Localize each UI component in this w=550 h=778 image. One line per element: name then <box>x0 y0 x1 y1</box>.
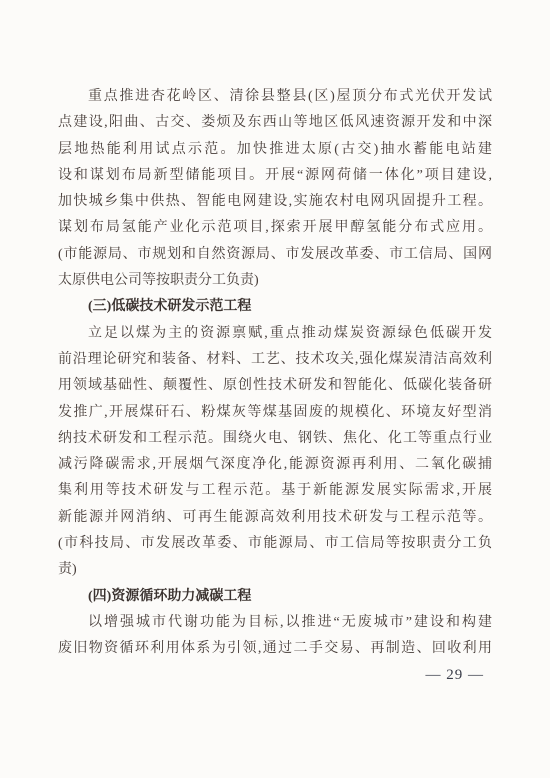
body-line: 设和谋划布局新型储能项目。开展“源网荷储一体化”项目建设, <box>58 163 492 189</box>
body-line: (市能源局、市规划和自然资源局、市发展改革委、市工信局、国网 <box>58 242 492 268</box>
body-line: 责) <box>58 557 492 583</box>
body-line: 新能源并网消纳、可再生能源高效利用技术研发与工程示范等。 <box>58 505 492 531</box>
body-line: 重点推进杏花岭区、清徐县整县(区)屋顶分布式光伏开发试 <box>58 84 492 110</box>
section-heading-3: (三)低碳技术研发示范工程 <box>58 294 492 320</box>
document-page: 重点推进杏花岭区、清徐县整县(区)屋顶分布式光伏开发试 点建设,阳曲、古交、娄烦… <box>0 0 550 778</box>
body-line: 立足以煤为主的资源禀赋,重点推动煤炭资源绿色低碳开发 <box>58 321 492 347</box>
body-line: 废旧物资循环利用体系为引领,通过二手交易、再制造、回收利用 <box>58 636 492 662</box>
body-line: 加快城乡集中供热、智能电网建设,实施农村电网巩固提升工程。 <box>58 189 492 215</box>
body-line: 用领域基础性、颠覆性、原创性技术研发和智能化、低碳化装备研 <box>58 373 492 399</box>
body-line: (市科技局、市发展改革委、市能源局、市工信局等按职责分工负 <box>58 531 492 557</box>
section-heading-4: (四)资源循环助力减碳工程 <box>58 584 492 610</box>
body-line: 层地热能利用试点示范。加快推进太原(古交)抽水蓄能电站建 <box>58 137 492 163</box>
page-number: — 29 — <box>426 667 485 684</box>
body-line: 太原供电公司等按职责分工负责) <box>58 268 492 294</box>
body-line: 谋划布局氢能产业化示范项目,探索开展甲醇氢能分布式应用。 <box>58 215 492 241</box>
document-body: 重点推进杏花岭区、清徐县整县(区)屋顶分布式光伏开发试 点建设,阳曲、古交、娄烦… <box>58 84 492 663</box>
body-line: 纳技术研发和工程示范。围绕火电、钢铁、焦化、化工等重点行业 <box>58 426 492 452</box>
body-line: 以增强城市代谢功能为目标,以推进“无废城市”建设和构建 <box>58 610 492 636</box>
body-line: 发推广,开展煤矸石、粉煤灰等煤基固废的规模化、环境友好型消 <box>58 400 492 426</box>
body-line: 点建设,阳曲、古交、娄烦及东西山等地区低风速资源开发和中深 <box>58 110 492 136</box>
body-line: 减污降碳需求,开展烟气深度净化,能源资源再利用、二氧化碳捕 <box>58 452 492 478</box>
body-line: 前沿理论研究和装备、材料、工艺、技术攻关,强化煤炭清洁高效利 <box>58 347 492 373</box>
body-line: 集利用等技术研发与工程示范。基于新能源发展实际需求,开展 <box>58 478 492 504</box>
